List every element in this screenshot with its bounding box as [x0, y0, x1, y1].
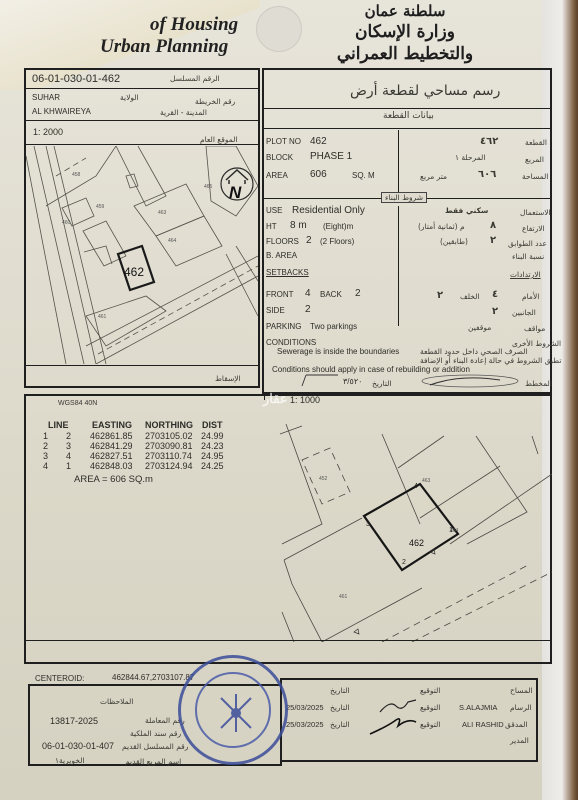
- plan-date-label-ar: التاريخ: [372, 379, 391, 388]
- datum-label: WGS84 40N: [58, 400, 97, 407]
- draftsman-date: 25/03/2025: [286, 703, 324, 712]
- checker-signature-icon: [368, 714, 418, 736]
- header-ar-line3: والتخطيط العمراني: [330, 44, 480, 64]
- area-ar: ٦٠٦: [478, 169, 496, 180]
- location-map-scale: 1: 2000: [33, 127, 63, 137]
- transaction-number: 13817-2025: [50, 716, 98, 726]
- draftsman-name: S.ALAJMIA: [459, 703, 497, 712]
- table-row-3-to: 4: [66, 451, 71, 461]
- official-stamp-icon: [178, 655, 288, 765]
- svg-text:464: 464: [168, 238, 177, 244]
- location-map-label: الموقع العام: [200, 135, 237, 144]
- parking-label-ar: مواقف: [524, 324, 545, 333]
- table-row-4-to: 1: [66, 461, 71, 471]
- back-value: 2: [355, 288, 361, 299]
- table-row-2-to: 3: [66, 441, 71, 451]
- village-value: AL KHWAIREYA: [32, 107, 91, 116]
- checker-date-label: التاريخ: [330, 720, 349, 729]
- condition-sewerage-ar: الصرف الصحي داخل حدود القطعة: [420, 347, 528, 356]
- detail-map: 462 452463464461 1234: [262, 404, 552, 642]
- floors-value: 2: [306, 235, 312, 246]
- block-ar: المرحلة ١: [455, 153, 485, 162]
- svg-text:1: 1: [449, 527, 453, 534]
- old-block-value: الخويرية١: [55, 756, 84, 765]
- divider: [24, 365, 260, 366]
- svg-text:463: 463: [158, 210, 167, 216]
- draftsman-label: الرسام: [510, 703, 532, 712]
- plan-date-value: ٣/٥٢٠: [343, 377, 362, 386]
- table-row-4-from: 4: [43, 461, 48, 471]
- side-label-ar: الجانبين: [512, 308, 536, 317]
- floors-note: (2 Floors): [320, 237, 354, 246]
- area-unit: SQ. M: [352, 171, 375, 180]
- planner-signature-icon: [410, 372, 520, 390]
- planner-label-ar: المخطط: [525, 379, 552, 388]
- plot-no-label-ar: القطعة: [525, 138, 547, 147]
- village-label: المدينة - القرية: [160, 108, 207, 117]
- block-label-ar: المربع: [525, 155, 544, 164]
- height-value: 8 m: [290, 220, 307, 231]
- table-row-3-dist: 24.95: [201, 451, 224, 461]
- condition-sewerage: Sewerage is inside the boundaries: [277, 347, 399, 356]
- svg-text:2: 2: [402, 559, 406, 566]
- divider: [398, 206, 399, 326]
- surveyor-signature-label: التوقيع: [420, 686, 440, 695]
- front-ar: ٤: [492, 289, 498, 300]
- divider: [24, 144, 260, 145]
- svg-text:465: 465: [204, 184, 213, 190]
- plot-no-ar: ٤٦٢: [480, 136, 498, 147]
- notes-heading: الملاحظات: [100, 697, 133, 706]
- col-header-dist: DIST: [202, 420, 223, 430]
- svg-text:N: N: [229, 183, 242, 202]
- table-row-1-to: 2: [66, 431, 71, 441]
- svg-text:459: 459: [96, 204, 105, 210]
- table-row-4-northing: 2703124.94: [145, 461, 193, 471]
- wilayat-label: الولاية: [120, 93, 139, 102]
- header-en-line1: of Housing: [150, 14, 238, 36]
- wilayat-value: SUHAR: [32, 93, 60, 102]
- parking-value: Two parkings: [310, 322, 357, 331]
- area-total: AREA = 606 SQ.m: [74, 474, 153, 485]
- front-value: 4: [305, 288, 311, 299]
- svg-text:461: 461: [339, 594, 348, 600]
- col-header-northing: NORTHING: [145, 420, 193, 430]
- building-area-label-ar: نسبة البناء: [512, 252, 544, 261]
- serial-number: 06-01-030-01-462: [32, 73, 120, 85]
- table-row-2-from: 2: [43, 441, 48, 451]
- table-row-1-dist: 24.99: [201, 431, 224, 441]
- old-block-label: اسم المربع القديم: [125, 757, 181, 766]
- svg-text:4: 4: [414, 483, 418, 490]
- svg-text:458: 458: [72, 172, 81, 178]
- old-serial-label: رقم المسلسل القديم: [122, 742, 188, 751]
- centeroid-label: CENTEROID:: [35, 674, 84, 683]
- parking-ar: موقفين: [468, 323, 491, 332]
- old-serial-number: 06-01-030-01-407: [42, 741, 114, 751]
- side-label: SIDE: [266, 306, 285, 315]
- area-label: AREA: [266, 171, 288, 180]
- survey-document: of Housing Urban Planning سلطنة عمان وزا…: [0, 0, 578, 800]
- location-map: 462 458459460 463464465 461 N: [26, 146, 258, 364]
- ministry-emblem-icon: [256, 6, 302, 52]
- draftsman-date-label: التاريخ: [330, 703, 349, 712]
- height-label: HT: [266, 222, 277, 231]
- svg-text:452: 452: [319, 476, 328, 482]
- divider: [24, 120, 260, 121]
- area-label-ar: المساحة: [522, 172, 548, 181]
- surveyor-date-label: التاريخ: [330, 686, 349, 695]
- table-row-2-northing: 2703090.81: [145, 441, 193, 451]
- svg-text:461: 461: [98, 314, 107, 320]
- draftsman-signature-label: التوقيع: [420, 703, 440, 712]
- divider: [262, 108, 552, 109]
- floors-label-ar: عدد الطوابق: [508, 239, 547, 248]
- side-value: 2: [305, 304, 311, 315]
- building-conditions-heading: شروط البناء: [381, 192, 427, 203]
- serial-number-label: الرقم المسلسل: [170, 74, 220, 83]
- front-label-ar: الأمام: [522, 292, 539, 301]
- setbacks-label: SETBACKS: [266, 268, 309, 277]
- khanjar-emblem-icon: [211, 688, 261, 738]
- col-header-line: LINE: [48, 420, 69, 430]
- height-note: (Eight)m: [323, 222, 353, 231]
- condition-rebuild-ar: تطبق الشروط في حالة إعادة البناء أو الإض…: [420, 356, 561, 365]
- header-ar-line1: سلطنة عمان: [330, 2, 480, 20]
- col-header-easting: EASTING: [92, 420, 132, 430]
- plot-462-label: 462: [124, 265, 144, 279]
- table-row-4-easting: 462848.03: [90, 461, 133, 471]
- surveyor-label: المساح: [510, 686, 533, 695]
- floors-note-ar: (طابقين): [440, 237, 468, 246]
- height-label-ar: الارتفاع: [522, 224, 545, 233]
- use-ar: سكني فقط: [445, 206, 488, 215]
- parking-label: PARKING: [266, 322, 301, 331]
- header-ar-line2: وزارة الإسكان: [330, 22, 480, 42]
- checker-date: 25/03/2025: [286, 720, 324, 729]
- svg-text:463: 463: [422, 478, 431, 484]
- area-value: 606: [310, 169, 327, 180]
- header-en-line2: Urban Planning: [100, 36, 228, 58]
- divider: [24, 88, 260, 89]
- block-value: PHASE 1: [310, 151, 352, 162]
- height-note-ar: م (ثمانية أمتار): [418, 222, 465, 231]
- svg-text:460: 460: [62, 220, 71, 226]
- plot-no-value: 462: [310, 136, 327, 147]
- map-number-label: رقم الخريطة: [195, 97, 235, 106]
- table-row-4-dist: 24.25: [201, 461, 224, 471]
- director-label: المدير: [510, 736, 529, 745]
- block-label: BLOCK: [266, 153, 293, 162]
- building-area-label: B. AREA: [266, 251, 297, 260]
- front-label: FRONT: [266, 290, 294, 299]
- projection-label: الإسقاط: [215, 374, 241, 383]
- plot-462-detail-label: 462: [409, 538, 424, 548]
- deed-label: رقم سند الملكية: [130, 729, 181, 738]
- use-label-ar: الاستعمال: [520, 208, 551, 217]
- table-row-3-easting: 462827.51: [90, 451, 133, 461]
- checker-name: ALI RASHID: [462, 720, 504, 729]
- back-label-ar: الخلف: [460, 292, 479, 301]
- setbacks-label-ar: الارتدادات: [510, 270, 541, 279]
- divider: [24, 640, 552, 641]
- floors-ar: ٢: [490, 235, 496, 246]
- back-label: BACK: [320, 290, 342, 299]
- divider: [262, 128, 552, 129]
- side-ar: ٢: [492, 306, 498, 317]
- centeroid-value: 462844.67,2703107.87: [112, 673, 194, 682]
- table-row-3-from: 3: [43, 451, 48, 461]
- draftsman-signature-icon: [378, 696, 418, 714]
- signature-mark-icon: [300, 372, 340, 388]
- floors-label: FLOORS: [266, 237, 299, 246]
- document-title: رسم مساحي لقطعة أرض: [350, 83, 500, 99]
- svg-text:3: 3: [366, 521, 370, 528]
- area-unit-ar: متر مربع: [420, 172, 447, 181]
- height-ar: ٨: [490, 220, 496, 231]
- table-row-1-northing: 2703105.02: [145, 431, 193, 441]
- plot-no-label: PLOT NO: [266, 137, 301, 146]
- back-ar: ٢: [437, 290, 443, 301]
- plot-data-heading: بيانات القطعة: [383, 111, 434, 121]
- plot-462-detail-outline: [364, 484, 458, 570]
- conditions-label: CONDITIONS: [266, 338, 316, 347]
- table-row-2-dist: 24.23: [201, 441, 224, 451]
- table-row-1-easting: 462861.85: [90, 431, 133, 441]
- use-value: Residential Only: [292, 205, 365, 216]
- checker-label: المدقق: [505, 720, 527, 729]
- divider: [398, 130, 399, 192]
- use-label: USE: [266, 206, 282, 215]
- checker-signature-label: التوقيع: [420, 720, 440, 729]
- table-row-3-northing: 2703110.74: [145, 451, 192, 461]
- table-row-2-easting: 462841.29: [90, 441, 133, 451]
- table-row-1-from: 1: [43, 431, 48, 441]
